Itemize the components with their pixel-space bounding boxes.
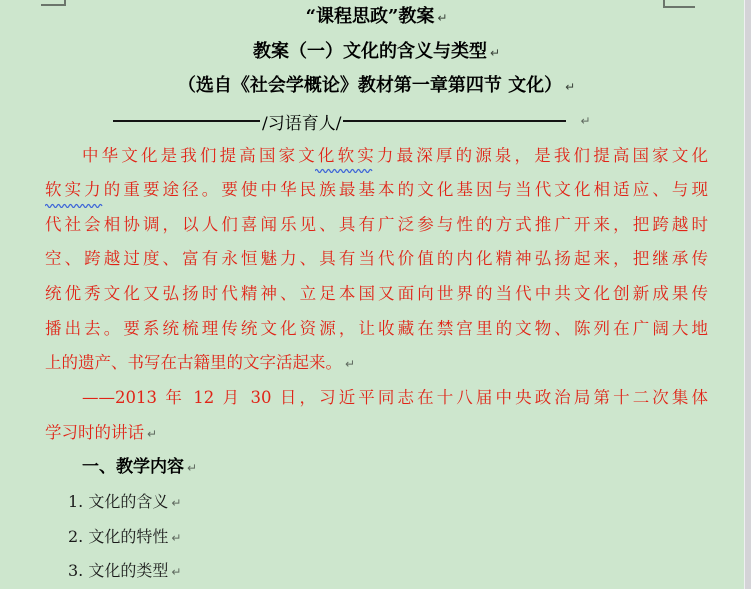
paragraph-mark-icon: ↵ — [490, 46, 500, 60]
quote-line: 上的遗产、书写在古籍里的文字活起来。↵ — [45, 346, 708, 381]
divider-line-left — [113, 120, 260, 122]
attribution-line: 学习时的讲话↵ — [45, 416, 708, 451]
quote-line-text: 播出去。要系统梳理传统文化资源，让收藏在禁宫里的文物、陈列在广阔大地 — [45, 319, 708, 338]
list-item: 3. 文化的类型↵ — [45, 554, 708, 589]
divider-line-right — [343, 120, 566, 122]
vertical-scrollbar-track[interactable] — [744, 0, 751, 589]
section-heading: 一、教学内容↵ — [45, 450, 708, 485]
section-heading-text: 一、教学内容 — [82, 457, 184, 477]
quote-line: 统优秀文化又弘扬时代精神、立足本国又面向世界的当代中共文化创新成果传 — [45, 277, 708, 312]
quote-line: 代社会相协调，以人们喜闻乐见、具有广泛参与性的方式推广开来，把跨越时 — [45, 208, 708, 243]
document-page[interactable]: “课程思政”教案↵ 教案（一）文化的含义与类型↵ （选自《社会学概论》教材第一章… — [45, 0, 708, 589]
quote-line: 软实力的重要途径。要使中华民族最基本的文化基因与当代文化相适应、与现 — [45, 173, 708, 208]
attribution-text: ——2013 年 12 月 30 日，习近平同志在十八届中央政治局第十二次集体 — [82, 388, 708, 407]
quote-line-text: 空、跨越过度、富有永恒魅力、具有当代价值的内化精神弘扬起来，把继承传 — [45, 249, 708, 268]
list-item: 2. 文化的特性↵ — [45, 520, 708, 555]
paragraph-mark-icon: ↵ — [147, 427, 157, 441]
list-item-text: 1. 文化的含义 — [68, 492, 168, 511]
list-item-text: 2. 文化的特性 — [68, 527, 168, 546]
quote-line-text: 上的遗产、书写在古籍里的文字活起来。 — [45, 353, 342, 372]
paragraph-mark-icon: ↵ — [345, 357, 355, 371]
doc-source-text: （选自《社会学概论》教材第一章第四节 文化） — [178, 75, 562, 96]
quote-line-text: 中华文化是我们提高国家文化软实力最深厚的源泉，是我们提高国家文化 — [82, 146, 708, 165]
paragraph-mark-icon: ↵ — [171, 531, 181, 545]
attribution-text: 学习时的讲话 — [45, 423, 144, 442]
paragraph-mark-icon: ↵ — [171, 565, 181, 579]
doc-title-text: “课程思政”教案 — [306, 6, 435, 27]
paragraph-mark-icon: ↵ — [187, 461, 197, 475]
section-divider: /习语育人/ ↵ — [45, 104, 708, 139]
quote-line-text: 软实力的重要途径。要使中华民族最基本的文化基因与当代文化相适应、与现 — [45, 180, 708, 199]
quote-line: 空、跨越过度、富有永恒魅力、具有当代价值的内化精神弘扬起来，把继承传 — [45, 242, 708, 277]
doc-subtitle-text: 教案（一）文化的含义与类型 — [253, 41, 487, 62]
paragraph-mark-icon: ↵ — [580, 114, 590, 128]
doc-subtitle: 教案（一）文化的含义与类型↵ — [45, 35, 708, 70]
doc-title: “课程思政”教案↵ — [45, 0, 708, 35]
paragraph-mark-icon: ↵ — [437, 11, 447, 25]
list-item-text: 3. 文化的类型 — [68, 561, 168, 580]
quote-line: 播出去。要系统梳理传统文化资源，让收藏在禁宫里的文物、陈列在广阔大地 — [45, 312, 708, 347]
spellcheck-squiggle-icon — [45, 202, 103, 208]
divider-label: /习语育人/ — [260, 109, 343, 134]
quote-line: 中华文化是我们提高国家文化软实力最深厚的源泉，是我们提高国家文化 — [45, 139, 708, 174]
quote-line-text: 代社会相协调，以人们喜闻乐见、具有广泛参与性的方式推广开来，把跨越时 — [45, 215, 708, 234]
spellcheck-squiggle-icon — [315, 167, 373, 173]
doc-source-line: （选自《社会学概论》教材第一章第四节 文化）↵ — [45, 69, 708, 104]
paragraph-mark-icon: ↵ — [171, 496, 181, 510]
list-item: 1. 文化的含义↵ — [45, 485, 708, 520]
quote-line-text: 统优秀文化又弘扬时代精神、立足本国又面向世界的当代中共文化创新成果传 — [45, 284, 708, 303]
attribution-line: ——2013 年 12 月 30 日，习近平同志在十八届中央政治局第十二次集体 — [45, 381, 708, 416]
paragraph-mark-icon: ↵ — [565, 80, 575, 94]
